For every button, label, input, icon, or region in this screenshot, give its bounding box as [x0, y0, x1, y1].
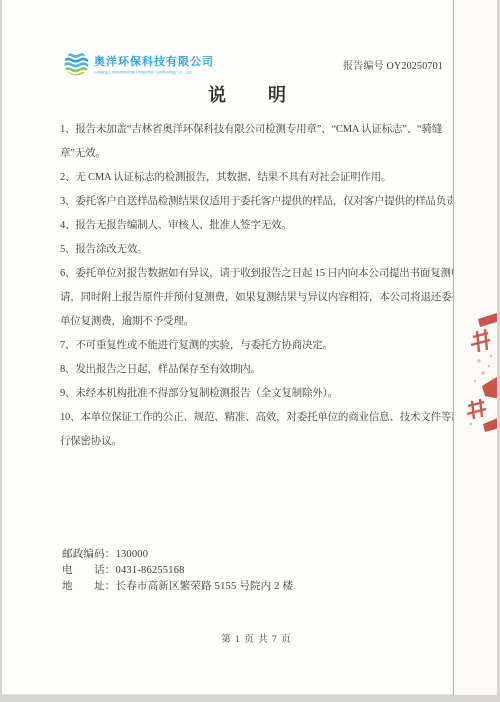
text-line: 2、无 CMA 认证标志的检测报告，其数据、结果不具有对社会证明作用。: [60, 166, 453, 190]
title-char-1: 说: [208, 81, 226, 107]
text-line: 9、未经本机构批准不得部分复制检测报告（全文复制除外）。: [60, 382, 453, 406]
logo-text: 奥洋环保科技有限公司 Aoyang Environmental Protecti…: [94, 51, 239, 77]
red-riding-seam-stamp: [458, 306, 500, 434]
report-number: 报告编号 OY20250701: [343, 57, 443, 72]
text-line: 请，同时附上报告原件并预付复测费，如果复测结果与异议内容相符，本公司将退还委托: [60, 286, 453, 310]
text-line: 8、发出报告之日起，样品保存至有效期内。: [60, 358, 453, 382]
text-line: 1、报告未加盖“吉林省奥洋环保科技有限公司检测专用章”、“CMA 认证标志”、“…: [60, 118, 453, 142]
notes-list: 1、报告未加盖“吉林省奥洋环保科技有限公司检测专用章”、“CMA 认证标志”、“…: [60, 118, 453, 458]
logo-wave-globe-icon: [64, 51, 89, 76]
company-name-en: Aoyang Environmental Protection Technolo…: [94, 71, 193, 75]
text-line: 4、报告无报告编制人、审核人、批准人签字无效。: [60, 214, 453, 238]
page-number: 第 1 页 共 7 页: [60, 631, 453, 645]
text-line: 电 话：0431-86255168: [62, 563, 293, 579]
report-number-label: 报告编号: [343, 61, 384, 72]
company-name-cn: 奥洋环保科技有限公司: [94, 53, 239, 69]
company-logo: 奥洋环保科技有限公司 Aoyang Environmental Protecti…: [64, 51, 239, 77]
text-line: 单位复测费，逾期不予受理。: [60, 310, 453, 334]
text-line: 邮政编码：130000: [62, 547, 293, 563]
scanned-report-page: 奥洋环保科技有限公司 Aoyang Environmental Protecti…: [0, 0, 500, 702]
text-line: 5、报告涂改无效。: [60, 238, 453, 262]
contact-info: 邮政编码：130000电 话：0431-86255168地 址：长春市高新区繁荣…: [62, 547, 293, 595]
text-line: 章”无效。: [60, 142, 453, 166]
title-char-2: 明: [268, 81, 286, 107]
text-line: 7、不可重复性或不能进行复测的实验，与委托方协商决定。: [60, 334, 453, 358]
text-line: 地 址：长春市高新区繁荣路 5155 号院内 2 楼: [62, 579, 293, 595]
text-line: 3、委托客户自送样品检测结果仅适用于委托客户提供的样品，仅对客户提供的样品负责。: [60, 190, 453, 214]
text-line: 6、委托单位对报告数据如有异议，请于收到报告之日起 15 日内向本公司提出书面复…: [60, 262, 453, 286]
text-line: 行保密协议。: [60, 430, 453, 454]
page-title: 说 明: [57, 81, 437, 107]
report-page: 奥洋环保科技有限公司 Aoyang Environmental Protecti…: [2, 0, 454, 695]
report-number-value: OY20250701: [387, 61, 443, 72]
text-line: 10、本单位保证工作的公正、规范、精准、高效，对委托单位的商业信息、技术文件等履: [60, 406, 453, 430]
